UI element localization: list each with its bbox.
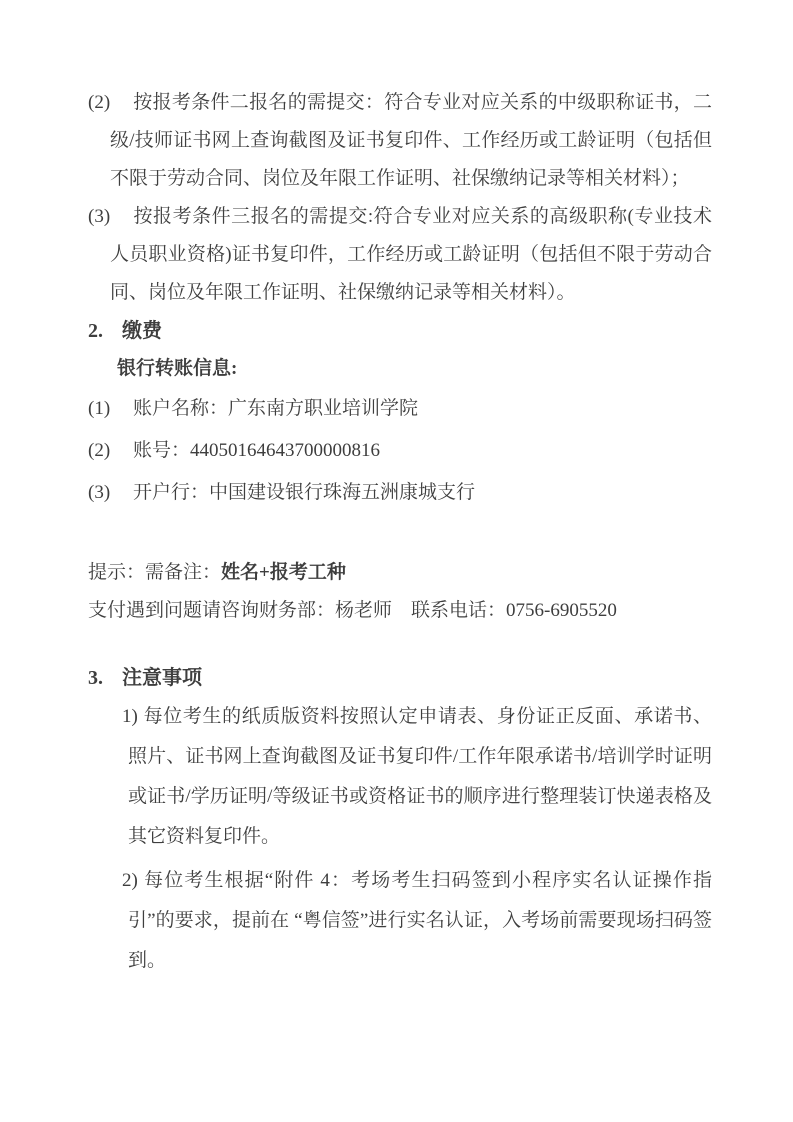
section-number: 2. [88, 312, 122, 350]
bank-info-list: (1)账户名称：广东南方职业培训学院 (2)账号：440501646437000… [88, 388, 712, 514]
section-heading-payment: 2.缴费 [88, 312, 712, 350]
tip-prefix: 提示：需备注： [88, 562, 221, 583]
note-text: 每位考生根据“附件 4：考场考生扫码签到小程序实名认证操作指引”的要求，提前在 … [128, 870, 712, 971]
document-page: (2)按报考条件二报名的需提交：符合专业对应关系的中级职称证书，二级/技师证书网… [0, 0, 793, 1122]
bank-item-text: 开户行：中国建设银行珠海五洲康城支行 [133, 482, 475, 503]
payment-remark-tip: 提示：需备注：姓名+报考工种 [88, 554, 712, 592]
page-content: (2)按报考条件二报名的需提交：符合专业对应关系的中级职称证书，二级/技师证书网… [88, 84, 712, 981]
bank-item-text: 账号：44050164643700000816 [133, 440, 380, 461]
payment-support-contact: 支付遇到问题请咨询财务部：杨老师 联系电话：0756-6905520 [88, 592, 712, 630]
requirement-item-3: (3)按报考条件三报名的需提交:符合专业对应关系的高级职称(专业技术人员职业资格… [88, 198, 712, 312]
list-number: 1) [122, 697, 143, 737]
note-text: 每位考生的纸质版资料按照认定申请表、身份证正反面、承诺书、照片、证书网上查询截图… [128, 706, 712, 847]
requirements-list: (2)按报考条件二报名的需提交：符合专业对应关系的中级职称证书，二级/技师证书网… [88, 84, 712, 312]
notes-list: 1)每位考生的纸质版资料按照认定申请表、身份证正反面、承诺书、照片、证书网上查询… [88, 697, 712, 981]
bank-account-number: (2)账号：44050164643700000816 [88, 430, 712, 472]
list-number: (2) [88, 84, 133, 122]
requirement-text: 按报考条件二报名的需提交：符合专业对应关系的中级职称证书，二级/技师证书网上查询… [110, 92, 712, 189]
requirement-text: 按报考条件三报名的需提交:符合专业对应关系的高级职称(专业技术人员职业资格)证书… [110, 206, 712, 303]
tip-bold-text: 姓名+报考工种 [221, 562, 346, 583]
bank-account-name: (1)账户名称：广东南方职业培训学院 [88, 388, 712, 430]
section-heading-notes: 3.注意事项 [88, 659, 712, 697]
note-item-1: 1)每位考生的纸质版资料按照认定申请表、身份证正反面、承诺书、照片、证书网上查询… [88, 697, 712, 857]
note-item-2: 2)每位考生根据“附件 4：考场考生扫码签到小程序实名认证操作指引”的要求，提前… [88, 861, 712, 981]
list-number: (3) [88, 472, 133, 514]
requirement-item-2: (2)按报考条件二报名的需提交：符合专业对应关系的中级职称证书，二级/技师证书网… [88, 84, 712, 198]
list-number: 2) [122, 861, 143, 901]
list-number: (2) [88, 430, 133, 472]
section-number: 3. [88, 659, 122, 697]
bank-item-text: 账户名称：广东南方职业培训学院 [133, 398, 418, 419]
list-number: (3) [88, 198, 133, 236]
list-number: (1) [88, 388, 133, 430]
section-title: 注意事项 [122, 667, 202, 689]
bank-transfer-subheading: 银行转账信息: [117, 350, 712, 388]
bank-branch: (3)开户行：中国建设银行珠海五洲康城支行 [88, 472, 712, 514]
section-title: 缴费 [122, 320, 162, 342]
